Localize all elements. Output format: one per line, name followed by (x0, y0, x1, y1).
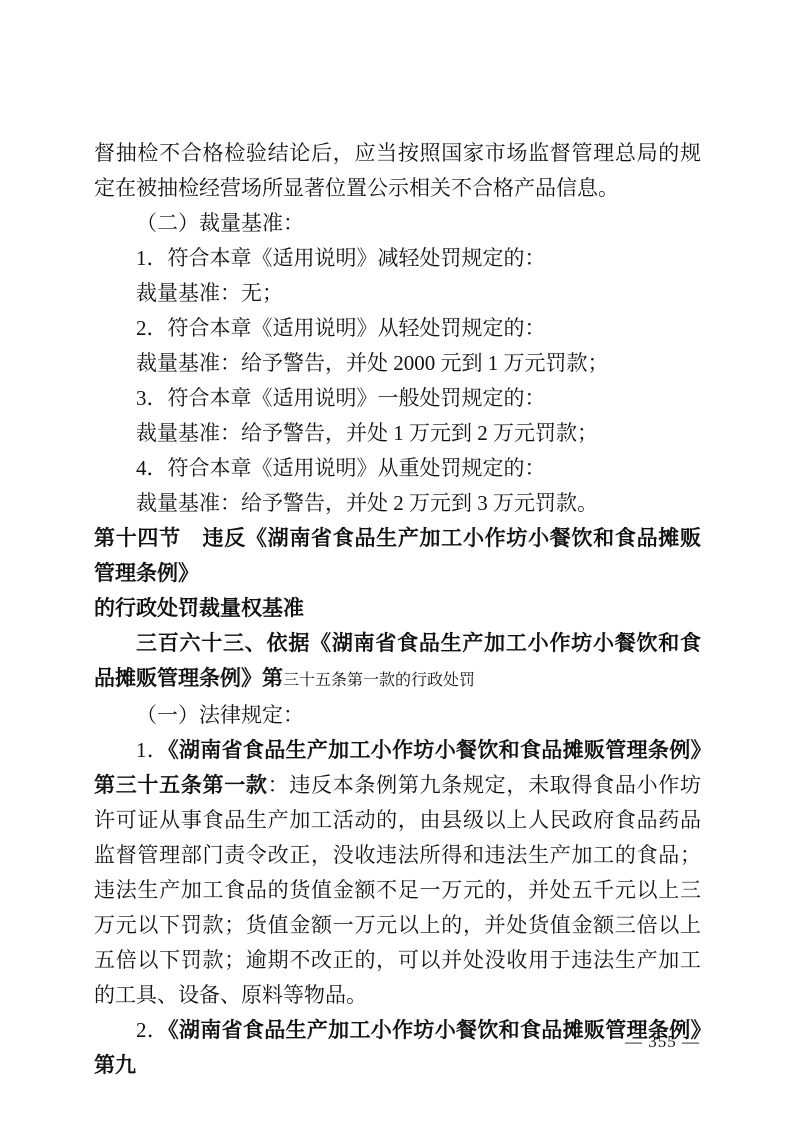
section-title: 第十四节 违反《湖南省食品生产加工小作坊小餐饮和食品摊贩管理条例》 的行政处罚裁… (94, 521, 701, 626)
page-number: — 355 — (625, 1031, 700, 1053)
discretion-standard-heading: （二）裁量基准： (94, 206, 701, 241)
page-content: 督抽检不合格检验结论后，应当按照国家市场监督管理总局的规定在被抽检经营场所显著位… (94, 136, 701, 1083)
section-title-line2: 的行政处罚裁量权基准 (94, 591, 701, 626)
discretion-item-condition: 4．符合本章《适用说明》从重处罚规定的： (94, 451, 701, 486)
article-lead-paragraph: 三百六十三、依据《湖南省食品生产加工小作坊小餐饮和食品摊贩管理条例》第三十五条第… (94, 626, 701, 698)
clause-1-paragraph: 1．《湖南省食品生产加工小作坊小餐饮和食品摊贩管理条例》第三十五条第一款：违反本… (94, 733, 701, 1013)
clause-2-paragraph: 2．《湖南省食品生产加工小作坊小餐饮和食品摊贩管理条例》第九 (94, 1013, 701, 1083)
discretion-item-standard: 裁量基准：无； (94, 276, 701, 311)
document-page: 督抽检不合格检验结论后，应当按照国家市场监督管理总局的规定在被抽检经营场所显著位… (0, 0, 793, 1122)
clause-1-text: ：违反本条例第九条规定，未取得食品小作坊许可证从事食品生产加工活动的，由县级以上… (94, 773, 701, 1007)
discretion-item-standard: 裁量基准：给予警告，并处 2000 元到 1 万元罚款； (94, 346, 701, 381)
clause-2-number: 2． (136, 1018, 168, 1042)
discretion-item-condition: 3．符合本章《适用说明》一般处罚规定的： (94, 381, 701, 416)
paragraph-continuation: 督抽检不合格检验结论后，应当按照国家市场监督管理总局的规定在被抽检经营场所显著位… (94, 136, 701, 206)
discretion-item-standard: 裁量基准：给予警告，并处 2 万元到 3 万元罚款。 (94, 486, 701, 521)
article-lead-small-text: 三十五条第一款的行政处罚 (283, 672, 475, 689)
discretion-item-standard: 裁量基准：给予警告，并处 1 万元到 2 万元罚款； (94, 416, 701, 451)
law-provision-heading: （一）法律规定： (94, 698, 701, 733)
discretion-item-condition: 2．符合本章《适用说明》从轻处罚规定的： (94, 311, 701, 346)
section-title-line1: 第十四节 违反《湖南省食品生产加工小作坊小餐饮和食品摊贩管理条例》 (94, 521, 701, 591)
discretion-item-condition: 1．符合本章《适用说明》减轻处罚规定的： (94, 241, 701, 276)
clause-2-law-title: 《湖南省食品生产加工小作坊小餐饮和食品摊贩管理条例》第九 (94, 1018, 701, 1077)
clause-1-number: 1． (136, 738, 168, 762)
